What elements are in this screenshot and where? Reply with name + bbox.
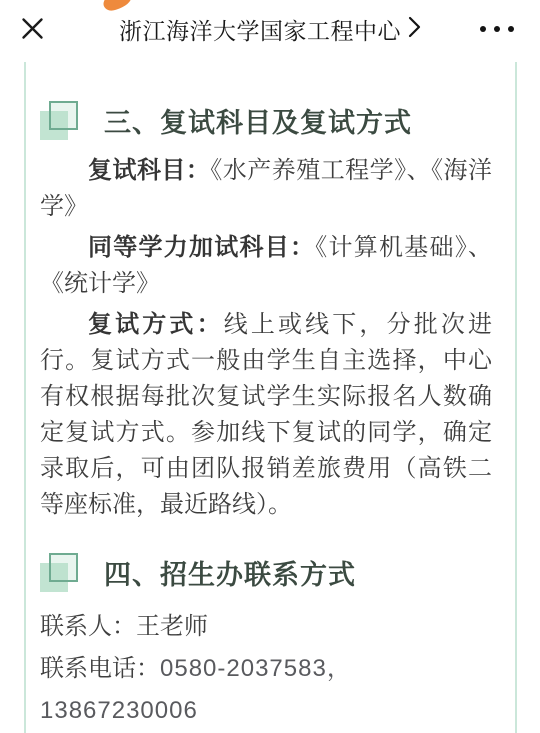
section-title: 四、招生办联系方式 bbox=[104, 553, 356, 592]
contact-phone-line: 联系电话：0580-2037583， bbox=[40, 648, 492, 690]
article-content: 三、复试科目及复试方式 复试科目：《水产养殖工程学》、《海洋学》 同等学力加试科… bbox=[40, 58, 492, 732]
article-page: 浙江海洋大学国家工程中心 三、复试科目及复试方式 复试科目：《水产养 bbox=[0, 0, 540, 733]
chevron-right-icon bbox=[408, 16, 421, 43]
close-icon bbox=[20, 16, 45, 46]
more-menu-button[interactable] bbox=[480, 26, 514, 32]
phone-label: 联系电话： bbox=[40, 655, 160, 682]
paragraph-label: 同等学力加试科目： bbox=[88, 234, 315, 261]
phone-number-2[interactable]: 13867230006 bbox=[40, 690, 492, 732]
phone-number-1[interactable]: 0580-2037583， bbox=[160, 655, 352, 682]
paragraph-exam-method: 复试方式：线上或线下，分批次进行。复试方式一般由学生自主选择，中心有权根据每批次… bbox=[40, 307, 492, 523]
section-heading-4: 四、招生办联系方式 bbox=[40, 553, 492, 592]
more-dots-icon bbox=[508, 26, 514, 32]
paragraph-exam-subjects: 复试科目：《水产养殖工程学》、《海洋学》 bbox=[40, 153, 492, 225]
contact-person: 联系人：王老师 bbox=[40, 606, 492, 648]
section-heading-3: 三、复试科目及复试方式 bbox=[40, 101, 492, 140]
green-square-bullet-icon bbox=[40, 101, 78, 140]
close-button[interactable] bbox=[19, 17, 46, 44]
more-dots-icon bbox=[494, 26, 500, 32]
section-3-body: 复试科目：《水产养殖工程学》、《海洋学》 同等学力加试科目：《计算机基础》、《统… bbox=[40, 153, 492, 523]
more-dots-icon bbox=[480, 26, 486, 32]
account-title-link[interactable]: 浙江海洋大学国家工程中心 bbox=[60, 0, 480, 58]
paragraph-extra-subjects: 同等学力加试科目：《计算机基础》、《统计学》 bbox=[40, 230, 492, 302]
top-bar: 浙江海洋大学国家工程中心 bbox=[0, 0, 540, 58]
page-title: 浙江海洋大学国家工程中心 bbox=[119, 13, 401, 46]
paragraph-label: 复试科目： bbox=[88, 157, 210, 184]
right-frame-line bbox=[515, 62, 517, 733]
contact-block: 联系人：王老师 联系电话：0580-2037583， 13867230006 bbox=[40, 606, 492, 732]
paragraph-label: 复试方式： bbox=[88, 311, 224, 338]
green-square-bullet-icon bbox=[40, 553, 78, 592]
left-frame-line bbox=[24, 62, 26, 733]
section-title: 三、复试科目及复试方式 bbox=[104, 101, 412, 140]
paragraph-text: 线上或线下，分批次进行。复试方式一般由学生自主选择，中心有权根据每批次复试学生实… bbox=[40, 311, 492, 518]
